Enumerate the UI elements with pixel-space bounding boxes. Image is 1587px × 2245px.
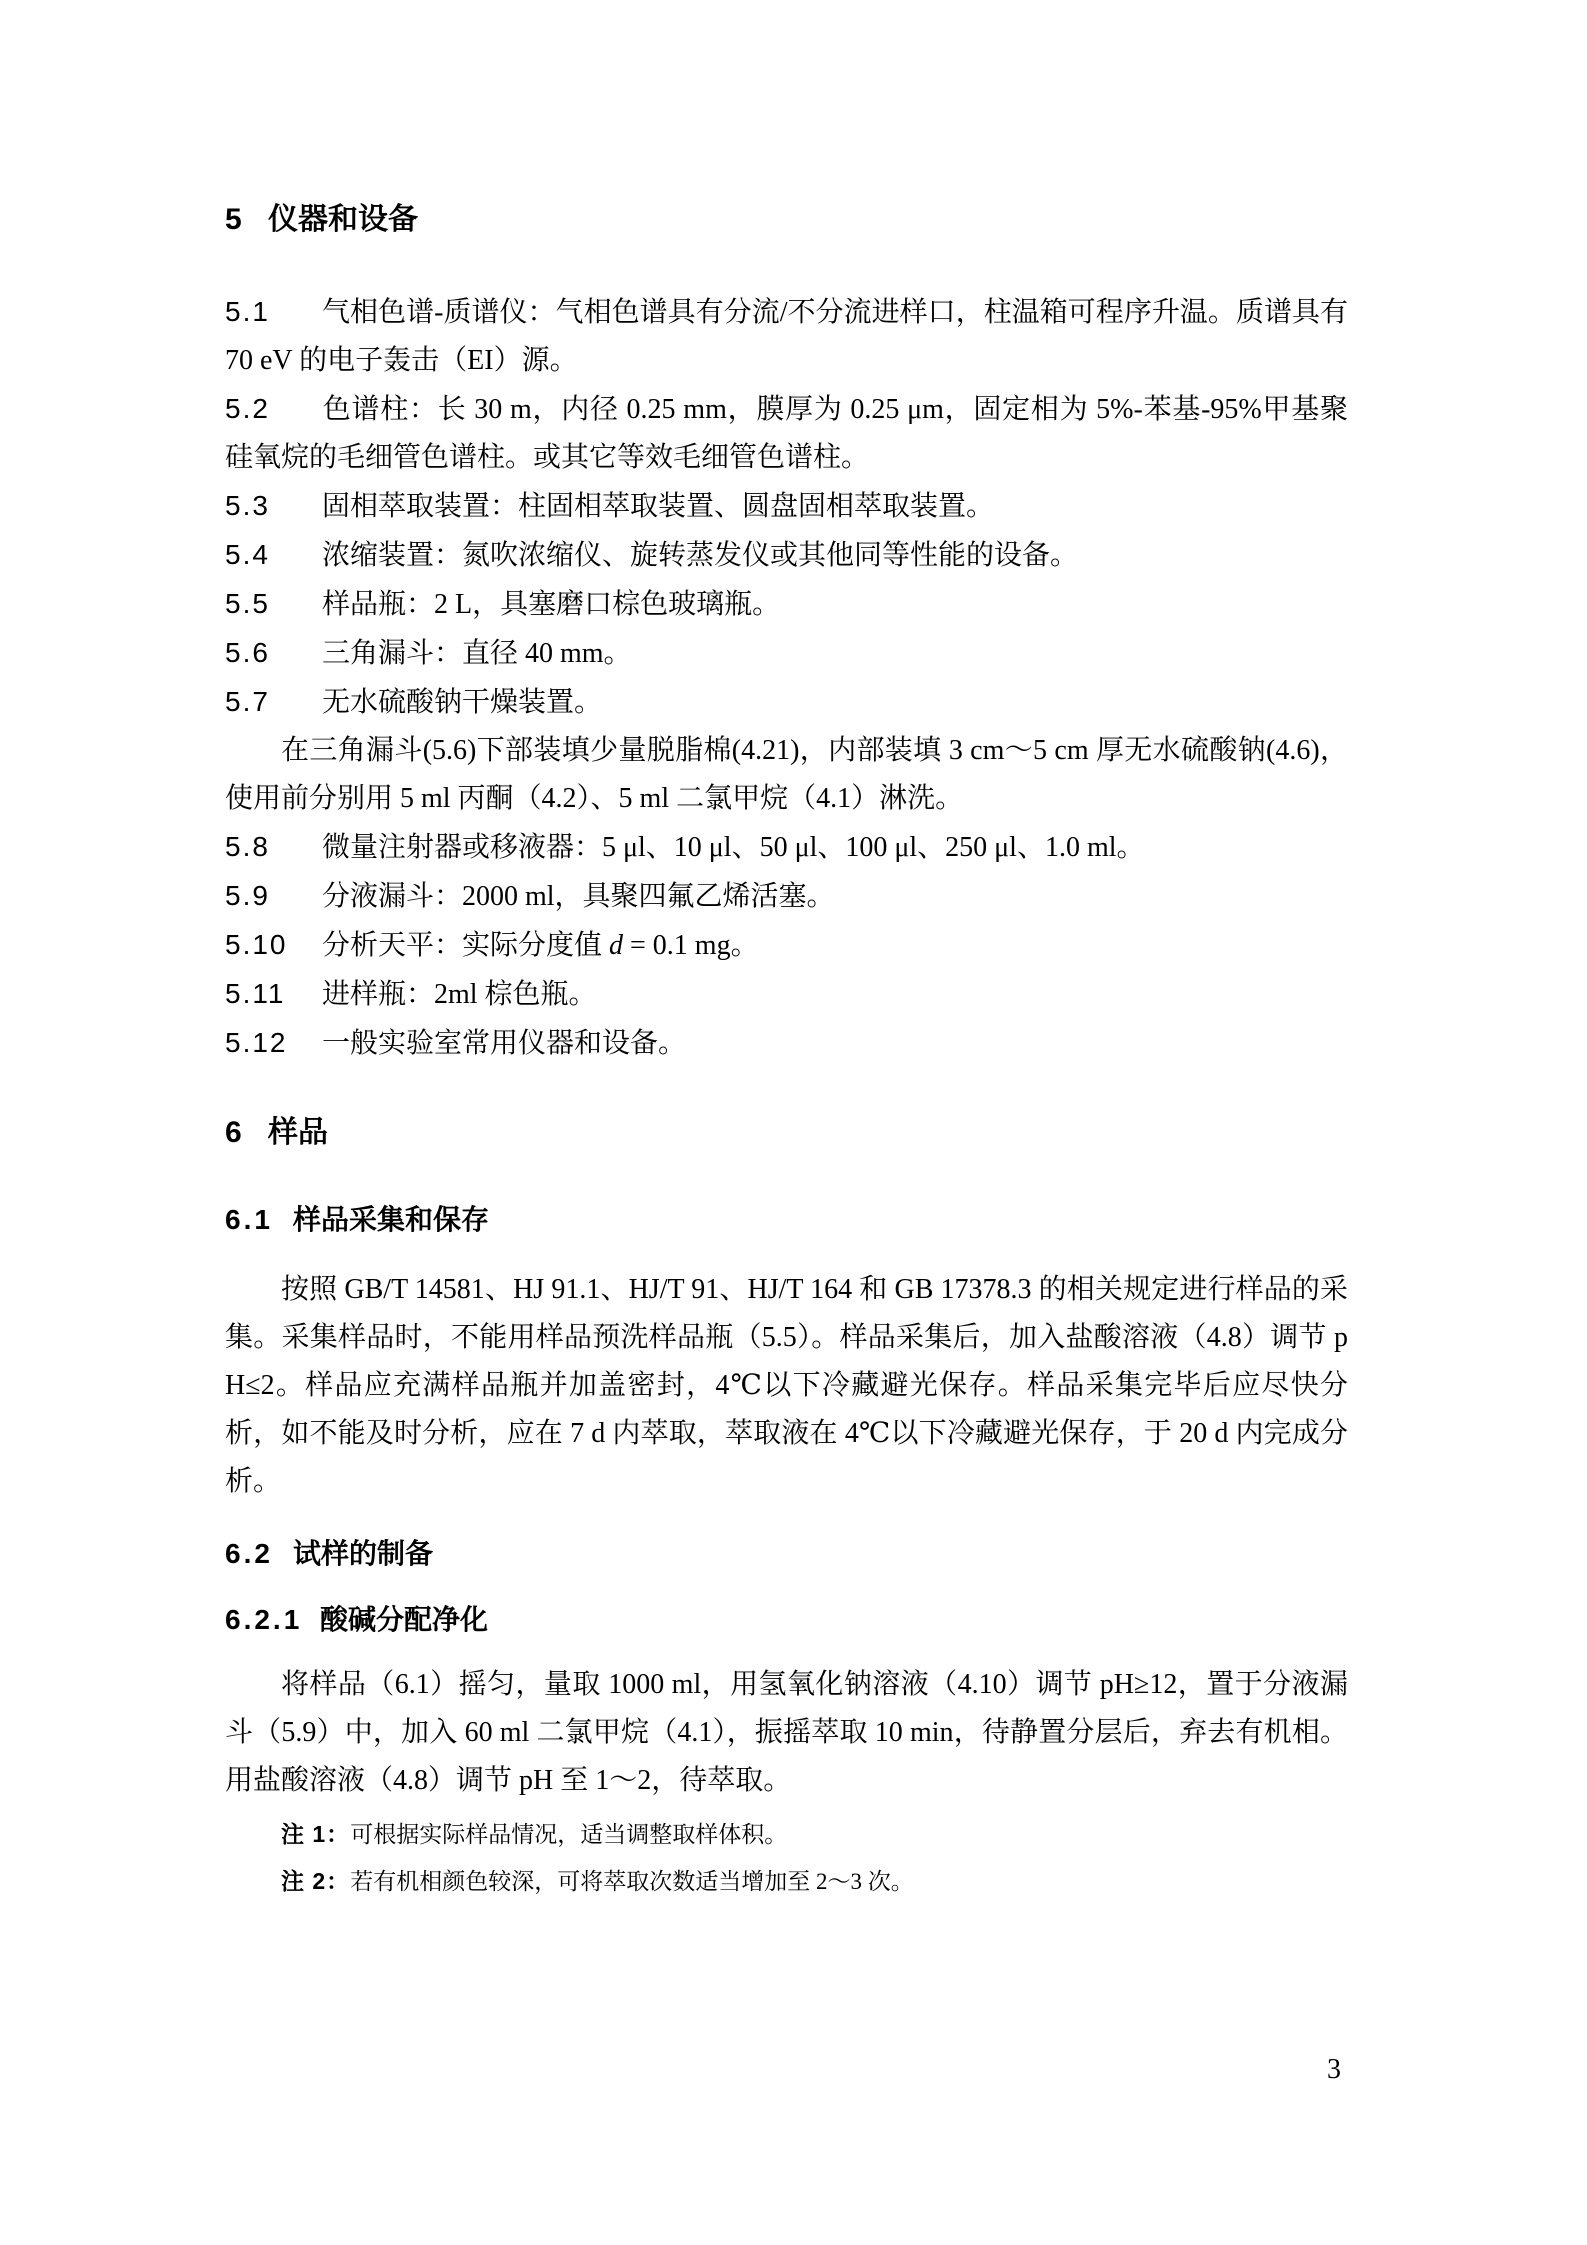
section-5-number: 5	[225, 196, 268, 244]
note-2-text: 若有机相颜色较深，可将萃取次数适当增加至 2～3 次。	[350, 1869, 914, 1894]
clause-number: 5.2	[225, 385, 322, 433]
note-1-label: 注 1：	[281, 1821, 350, 1847]
section-6-1-body: 按照 GB/T 14581、HJ 91.1、HJ/T 91、HJ/T 164 和…	[225, 1266, 1348, 1506]
clause-number: 5.10	[225, 921, 322, 969]
page-number: 3	[1327, 2046, 1341, 2094]
section-6-2-heading: 6.2试样的制备	[225, 1530, 1348, 1578]
clause-number: 5.12	[225, 1019, 322, 1067]
clause-number: 5.1	[225, 288, 322, 336]
clause-5-12: 5.12一般实验室常用仪器和设备。	[225, 1019, 1348, 1068]
clause-text: 浓缩装置：氮吹浓缩仪、旋转蒸发仪或其他同等性能的设备。	[322, 540, 1078, 571]
clause-text: 三角漏斗：直径 40 mm。	[322, 638, 632, 669]
page-content: 5仪器和设备 5.1气相色谱-质谱仪：气相色谱具有分流/不分流进样口，柱温箱可程…	[225, 0, 1348, 1905]
clause-text: 一般实验室常用仪器和设备。	[322, 1028, 686, 1059]
note-1-text: 可根据实际样品情况，适当调整取样体积。	[350, 1822, 787, 1847]
note-1: 注 1：可根据实际样品情况，适当调整取样体积。	[225, 1811, 1348, 1858]
clause-5-8: 5.8微量注射器或移液器：5 μl、10 μl、50 μl、100 μl、250…	[225, 823, 1348, 872]
clause-text: 无水硫酸钠干燥装置。	[322, 687, 602, 718]
note-2-label: 注 2：	[281, 1868, 350, 1894]
section-6-2-1-title: 酸碱分配净化	[320, 1604, 488, 1635]
clause-number: 5.6	[225, 629, 322, 677]
clause-text: 进样瓶：2ml 棕色瓶。	[322, 979, 597, 1010]
section-6-2-1-number: 6.2.1	[225, 1596, 320, 1644]
clause-text-pre: 分析天平：实际分度值	[322, 930, 609, 961]
clause-text: 分析天平：实际分度值 d = 0.1 mg。	[322, 930, 759, 961]
section-6-2-1-heading: 6.2.1酸碱分配净化	[225, 1596, 1348, 1644]
clause-text: 样品瓶：2 L，具塞磨口棕色玻璃瓶。	[322, 589, 780, 620]
clause-5-9: 5.9分液漏斗：2000 ml，具聚四氟乙烯活塞。	[225, 872, 1348, 921]
section-6-number: 6	[225, 1109, 268, 1157]
section-5-heading: 5仪器和设备	[225, 196, 1348, 244]
clause-number: 5.5	[225, 580, 322, 628]
clause-5-7-detail: 在三角漏斗(5.6)下部装填少量脱脂棉(4.21)，内部装填 3 cm～5 cm…	[225, 727, 1348, 823]
clause-text: 色谱柱：长 30 m，内径 0.25 mm，膜厚为 0.25 μm，固定相为 5…	[225, 394, 1348, 473]
section-6-heading: 6样品	[225, 1109, 1348, 1157]
clause-5-1: 5.1气相色谱-质谱仪：气相色谱具有分流/不分流进样口，柱温箱可程序升温。质谱具…	[225, 288, 1348, 385]
clause-5-4: 5.4浓缩装置：氮吹浓缩仪、旋转蒸发仪或其他同等性能的设备。	[225, 531, 1348, 580]
variable-d: d	[609, 930, 623, 961]
section-6-title: 样品	[268, 1116, 328, 1149]
clause-5-5: 5.5样品瓶：2 L，具塞磨口棕色玻璃瓶。	[225, 580, 1348, 629]
clause-number: 5.9	[225, 872, 322, 920]
clause-5-10: 5.10分析天平：实际分度值 d = 0.1 mg。	[225, 921, 1348, 970]
section-6-1-heading: 6.1样品采集和保存	[225, 1196, 1348, 1244]
clause-5-2: 5.2色谱柱：长 30 m，内径 0.25 mm，膜厚为 0.25 μm，固定相…	[225, 385, 1348, 482]
clause-5-7: 5.7无水硫酸钠干燥装置。	[225, 678, 1348, 727]
clause-text-post: = 0.1 mg。	[623, 930, 759, 961]
clause-5-11: 5.11进样瓶：2ml 棕色瓶。	[225, 970, 1348, 1019]
section-6-1-title: 样品采集和保存	[293, 1204, 489, 1235]
section-6-2-1-body: 将样品（6.1）摇匀，量取 1000 ml，用氢氧化钠溶液（4.10）调节 pH…	[225, 1661, 1348, 1805]
clause-text: 固相萃取装置：柱固相萃取装置、圆盘固相萃取装置。	[322, 491, 994, 522]
clause-number: 5.11	[225, 970, 322, 1018]
section-6-1-number: 6.1	[225, 1196, 293, 1244]
clause-number: 5.4	[225, 531, 322, 579]
clause-text: 微量注射器或移液器：5 μl、10 μl、50 μl、100 μl、250 μl…	[322, 832, 1145, 863]
section-6-2-number: 6.2	[225, 1530, 293, 1578]
clause-5-6: 5.6三角漏斗：直径 40 mm。	[225, 629, 1348, 678]
section-6-2-title: 试样的制备	[293, 1538, 433, 1569]
clause-text: 分液漏斗：2000 ml，具聚四氟乙烯活塞。	[322, 881, 835, 912]
clause-number: 5.3	[225, 482, 322, 530]
section-5-title: 仪器和设备	[268, 203, 418, 236]
clause-number: 5.7	[225, 678, 322, 726]
clause-5-3: 5.3固相萃取装置：柱固相萃取装置、圆盘固相萃取装置。	[225, 482, 1348, 531]
note-2: 注 2：若有机相颜色较深，可将萃取次数适当增加至 2～3 次。	[225, 1858, 1348, 1905]
clause-text: 气相色谱-质谱仪：气相色谱具有分流/不分流进样口，柱温箱可程序升温。质谱具有 7…	[225, 297, 1348, 376]
clause-number: 5.8	[225, 823, 322, 871]
document-page: 5仪器和设备 5.1气相色谱-质谱仪：气相色谱具有分流/不分流进样口，柱温箱可程…	[0, 0, 1587, 2245]
